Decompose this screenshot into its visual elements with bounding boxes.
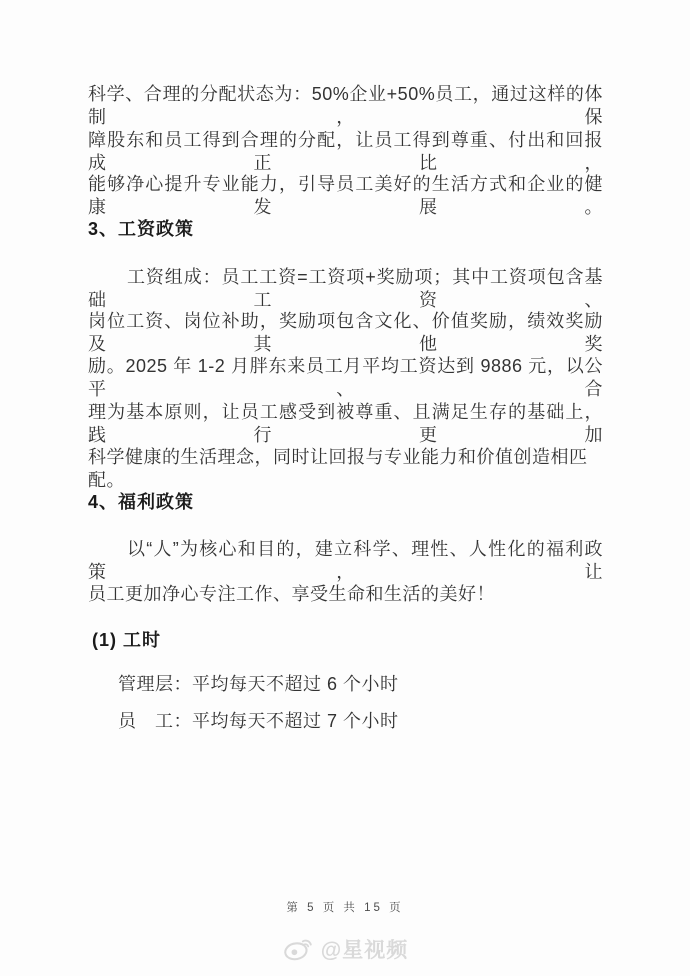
section-heading-welfare: 4、福利政策 — [88, 491, 603, 514]
document-page: 科学、合理的分配状态为：50%企业+50%员工，通过这样的体制，保 障股东和员工… — [0, 0, 690, 976]
paragraph-line: 障股东和员工得到合理的分配，让员工得到尊重、付出和回报成正比， — [88, 129, 603, 174]
watermark: @星视频 — [0, 934, 690, 964]
paragraph-line: 科学、合理的分配状态为：50%企业+50%员工，通过这样的体制，保 — [88, 83, 603, 128]
paragraph-line: 以“人”为核心和目的，建立科学、理性、人性化的福利政策，让 — [88, 538, 603, 583]
paragraph-line: 能够净心提升专业能力，引导员工美好的生活方式和企业的健康发展。 — [88, 173, 603, 218]
paragraph-line: 员工更加净心专注工作、享受生命和生活的美好！ — [88, 583, 603, 606]
paragraph-line: 励。2025 年 1-2 月胖东来员工月平均工资达到 9886 元，以公平、合 — [88, 355, 603, 400]
paragraph-line: 工资组成：员工工资=工资项+奖励项；其中工资项包含基础工资、 — [88, 266, 603, 311]
page-number: 第 5 页 共 15 页 — [0, 899, 690, 915]
weibo-logo-icon — [282, 936, 314, 962]
hours-item-staff: 员 工：平均每天不超过 7 个小时 — [118, 710, 633, 733]
paragraph-line: 岗位工资、岗位补助，奖励项包含文化、价值奖励，绩效奖励及其他奖 — [88, 310, 603, 355]
paragraph-line: 理为基本原则，让员工感受到被尊重、且满足生存的基础上，践行更加 — [88, 401, 603, 446]
paragraph-line: 科学健康的生活理念，同时让回报与专业能力和价值创造相匹配。 — [88, 446, 603, 491]
section-heading-salary: 3、工资政策 — [88, 218, 603, 241]
subsection-heading-hours: (1) 工时 — [92, 629, 607, 652]
hours-item-management: 管理层：平均每天不超过 6 个小时 — [118, 673, 633, 696]
watermark-text: @星视频 — [321, 934, 408, 964]
